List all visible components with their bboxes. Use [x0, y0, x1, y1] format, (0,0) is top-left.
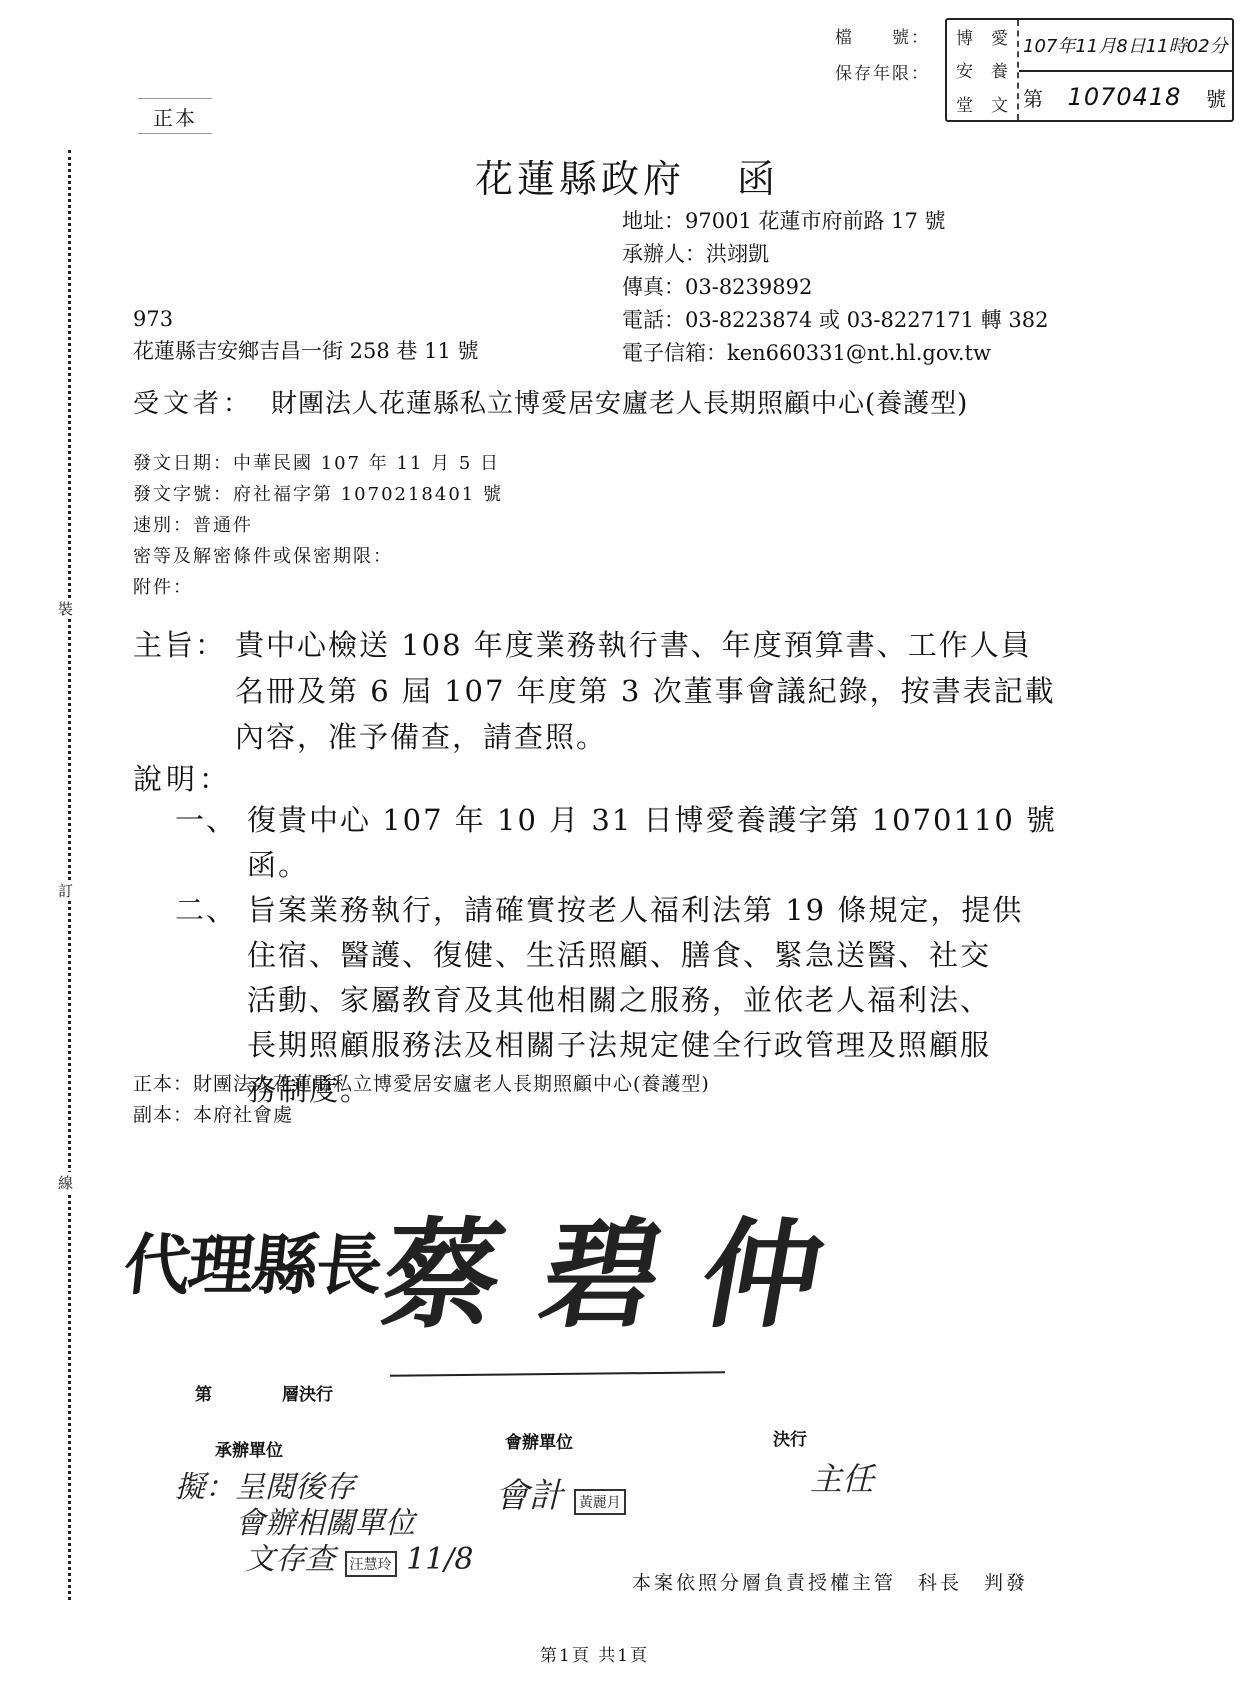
subject-line: 內容，准予備查，請查照。 [235, 714, 1093, 760]
cosign-seal: 黃麗月 [574, 1489, 626, 1515]
item-line: 復貴中心 107 年 10 月 31 日博愛養護字第 1070110 號函。 [247, 798, 1095, 888]
copy-type-badge: 正本 [138, 98, 212, 134]
stamp-char: 博 [947, 24, 982, 49]
received-number: 1070418 [1068, 83, 1182, 111]
binding-line [68, 150, 71, 1600]
document-metadata: 發文日期：中華民國 107 年 11 月 5 日 發文字號：府社福字第 1070… [133, 448, 503, 603]
item-line: 活動、家屬教育及其他相關之服務，並依老人福利法、 [247, 978, 1095, 1023]
item-number: 一、 [175, 798, 247, 888]
decision-tier: 第層決行 [195, 1380, 333, 1405]
signer-title: 代理縣長 [120, 1212, 386, 1307]
received-datetime: 107年11月8日11時02分 [1019, 20, 1232, 72]
issuer-name: 花蓮縣政府 [475, 157, 685, 201]
subject-line: 名冊及第 6 屆 107 年度第 3 次董事會議紀錄，按書表記載 [235, 668, 1093, 714]
host-seal: 汪慧玲 [345, 1551, 397, 1577]
explanation-item: 一、 復貴中心 107 年 10 月 31 日博愛養護字第 1070110 號函… [175, 798, 1095, 888]
receiver: 受文者：財團法人花蓮縣私立博愛居安廬老人長期照顧中心(養護型) [133, 383, 968, 420]
handler-name: 承辦人：洪翊凱 [622, 238, 1048, 271]
stamp-char: 堂 [947, 91, 982, 116]
binding-mark: 裝 [58, 598, 73, 619]
receiver-name: 財團法人花蓮縣私立博愛居安廬老人長期照顧中心(養護型) [271, 389, 968, 419]
cosign-unit-label: 會辦單位 [505, 1428, 573, 1453]
document-number: 發文字號：府社福字第 1070218401 號 [133, 479, 503, 510]
receipt-stamp: 博 愛 安 養 堂 文 107年11月8日11時02分 第 1070418 號 [945, 18, 1234, 122]
decision-label: 決行 [773, 1425, 807, 1450]
original-recipient: 正本：財團法人花蓮縣私立博愛居安廬老人長期照顧中心(養護型) [133, 1069, 710, 1100]
street-address: 花蓮縣吉安鄉吉昌一街 258 巷 11 號 [133, 335, 479, 367]
issue-date: 發文日期：中華民國 107 年 11 月 5 日 [133, 448, 503, 479]
cosign-note: 會計 [495, 1476, 563, 1516]
explanation-label: 說明： [133, 757, 232, 798]
signer-name: 蔡碧仲 [370, 1180, 880, 1350]
host-unit-label: 承辦單位 [215, 1436, 283, 1461]
stamp-char: 安 [947, 57, 982, 82]
delivery-speed: 速別：普通件 [133, 510, 503, 541]
host-note: 文存查 [245, 1542, 335, 1577]
contact-info: 地址：97001 花蓮市府前路 17 號 承辦人：洪翊凱 傳真：03-82398… [622, 205, 1048, 370]
attachments: 附件： [133, 572, 503, 603]
tier-label: 層決行 [282, 1385, 333, 1405]
email-address: 電子信箱：ken660331@nt.hl.gov.tw [622, 337, 1048, 370]
cosign-note-row: 會計 黃麗月 [495, 1468, 626, 1517]
postal-code: 973 [133, 303, 479, 335]
item-line: 旨案業務執行，請確實按老人福利法第 19 條規定，提供 [247, 888, 1095, 933]
subject-label: 主旨： [133, 622, 235, 760]
signature-block: 代理縣長 蔡碧仲 [120, 1180, 880, 1330]
approval-section: 第層決行 承辦單位 會辦單位 決行 擬：呈閱後存 會辦相關單位 文存查 汪慧玲 … [195, 1368, 895, 1568]
received-number-suffix: 號 [1206, 83, 1226, 112]
document-kind: 函 [737, 157, 779, 201]
item-line: 住宿、醫護、復健、生活照顧、膳食、緊急送醫、社交 [247, 933, 1095, 978]
subject-line: 貴中心檢送 108 年度業務執行書、年度預算書、工作人員 [235, 622, 1093, 668]
classification: 密等及解密條件或保密期限： [133, 541, 503, 572]
binding-mark: 訂 [58, 880, 73, 901]
phone-number: 電話：03-8223874 或 03-8227171 轉 382 [622, 304, 1048, 337]
host-date: 11/8 [406, 1542, 473, 1577]
stamp-char: 愛 [982, 24, 1017, 49]
distribution-list: 正本：財團法人花蓮縣私立博愛居安廬老人長期照顧中心(養護型) 副本：本府社會處 [133, 1069, 710, 1131]
recipient-address: 973 花蓮縣吉安鄉吉昌一街 258 巷 11 號 [133, 303, 479, 367]
stamp-char: 養 [982, 57, 1017, 82]
copy-recipient: 副本：本府社會處 [133, 1100, 710, 1131]
received-number-row: 第 1070418 號 [1019, 72, 1232, 122]
organization-stamp: 博 愛 安 養 堂 文 [947, 20, 1019, 120]
host-note-row: 文存查 汪慧玲 11/8 [245, 1534, 473, 1578]
page-indicator: 第1頁 共1頁 [540, 1641, 649, 1666]
subject-section: 主旨： 貴中心檢送 108 年度業務執行書、年度預算書、工作人員 名冊及第 6 … [133, 622, 1093, 760]
fax-number: 傳真：03-8239892 [622, 271, 1048, 304]
file-number-label: 檔 號： [835, 20, 930, 56]
archive-labels: 檔 號： 保存年限： [835, 20, 930, 92]
issuer-address: 地址：97001 花蓮市府前路 17 號 [622, 205, 1048, 238]
received-number-prefix: 第 [1023, 83, 1043, 112]
delegation-note: 本案依照分層負責授權主管 科長 判發 [632, 1568, 1028, 1595]
stamp-char: 文 [982, 91, 1017, 116]
decision-note: 主任 [810, 1454, 874, 1500]
item-line: 長期照顧服務法及相關子法規定健全行政管理及照顧服 [247, 1023, 1095, 1068]
tier-prefix: 第 [195, 1385, 212, 1405]
explanation-section: 一、 復貴中心 107 年 10 月 31 日博愛養護字第 1070110 號函… [175, 798, 1095, 1113]
binding-mark: 線 [58, 1172, 73, 1193]
divider [390, 1371, 725, 1377]
retention-period-label: 保存年限： [835, 56, 930, 92]
page-title: 花蓮縣政府函 [475, 148, 779, 203]
receiver-label: 受文者： [133, 389, 253, 419]
